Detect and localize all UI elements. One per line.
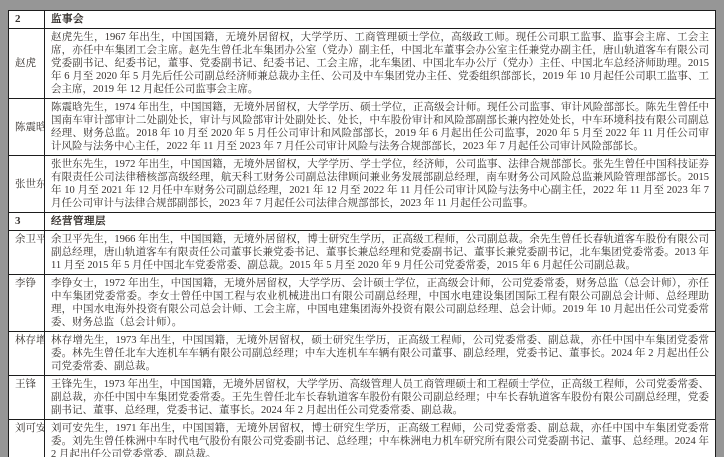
table-row: 刘可安 刘可安先生，1971 年出生，中国国籍，无境外居留权，博士研究生学历，正… (9, 420, 716, 457)
table-row: 李铮 李铮女士，1972 年出生，中国国籍，无境外居留权，大学学历、会计硕士学位… (9, 275, 716, 332)
document-page: 2 监事会 赵虎 赵虎先生，1967 年出生，中国国籍，无境外居留权，大学学历、… (0, 0, 724, 457)
person-bio: 李铮女士，1972 年出生，中国国籍，无境外居留权，大学学历、会计硕士学位，正高… (45, 275, 716, 332)
section-index: 2 (9, 11, 45, 29)
table-row: 王锋 王锋先生，1973 年出生，中国国籍，无境外居留权，大学学历、高级管理人员… (9, 376, 716, 420)
person-bio: 陈震晗先生，1974 年出生，中国国籍，无境外居留权，大学学历、硕士学位，正高级… (45, 99, 716, 156)
person-bio: 刘可安先生，1971 年出生，中国国籍，无境外居留权，博士研究生学历，正高级工程… (45, 420, 716, 457)
table-row: 陈震晗 陈震晗先生，1974 年出生，中国国籍，无境外居留权，大学学历、硕士学位… (9, 99, 716, 156)
section-header-row-management: 3 经营管理层 (9, 213, 716, 231)
person-name: 余卫平 (9, 231, 45, 275)
person-name: 刘可安 (9, 420, 45, 457)
person-name: 张世东 (9, 156, 45, 213)
table-row: 林存增 林存增先生，1973 年出生，中国国籍，无境外居留权，硕士研究生学历，正… (9, 332, 716, 376)
person-bio: 林存增先生，1973 年出生，中国国籍，无境外居留权，硕士研究生学历，正高级工程… (45, 332, 716, 376)
person-name: 林存增 (9, 332, 45, 376)
person-bio: 王锋先生，1973 年出生，中国国籍，无境外居留权，大学学历、高级管理人员工商管… (45, 376, 716, 420)
person-bio: 余卫平先生，1966 年出生，中国国籍，无境外居留权，博士研究生学历，正高级工程… (45, 231, 716, 275)
person-bio: 张世东先生，1972 年出生，中国国籍，无境外居留权，大学学历、学士学位，经济师… (45, 156, 716, 213)
person-name: 李铮 (9, 275, 45, 332)
section-index: 3 (9, 213, 45, 231)
person-name: 王锋 (9, 376, 45, 420)
section-title: 监事会 (45, 11, 716, 29)
person-name: 陈震晗 (9, 99, 45, 156)
table-row: 张世东 张世东先生，1972 年出生，中国国籍，无境外居留权，大学学历、学士学位… (9, 156, 716, 213)
person-name: 赵虎 (9, 29, 45, 99)
table-row: 余卫平 余卫平先生，1966 年出生，中国国籍，无境外居留权，博士研究生学历，正… (9, 231, 716, 275)
table-row: 赵虎 赵虎先生，1967 年出生，中国国籍，无境外居留权，大学学历、工商管理硕士… (9, 29, 716, 99)
section-title: 经营管理层 (45, 213, 716, 231)
section-header-row-supervisory: 2 监事会 (9, 11, 716, 29)
executives-table: 2 监事会 赵虎 赵虎先生，1967 年出生，中国国籍，无境外居留权，大学学历、… (8, 10, 716, 457)
person-bio: 赵虎先生，1967 年出生，中国国籍，无境外居留权，大学学历、工商管理硕士学位，… (45, 29, 716, 99)
